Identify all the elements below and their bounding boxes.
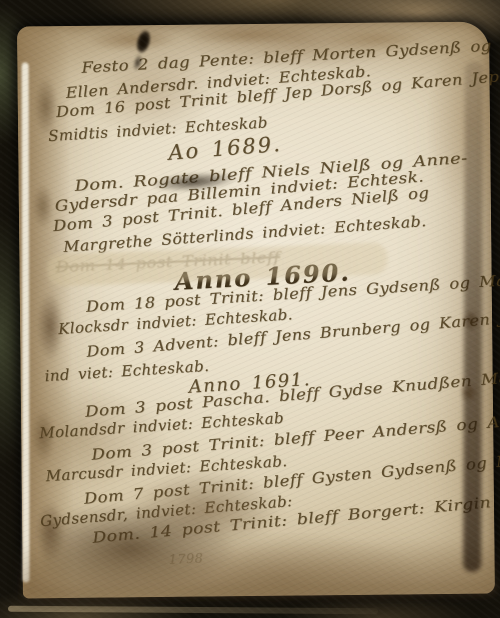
manuscript-photo: Festo 2 dag Pente: bleff Morten Gydsenß … <box>0 0 500 618</box>
manuscript-page: Festo 2 dag Pente: bleff Morten Gydsenß … <box>17 22 495 599</box>
faded-year-note: 1798 <box>168 551 203 568</box>
year-heading-1689: Ao 1689. <box>167 132 282 165</box>
torn-edge-highlight <box>22 62 30 582</box>
manuscript-line: ind viet: Echteskab. <box>44 357 210 385</box>
